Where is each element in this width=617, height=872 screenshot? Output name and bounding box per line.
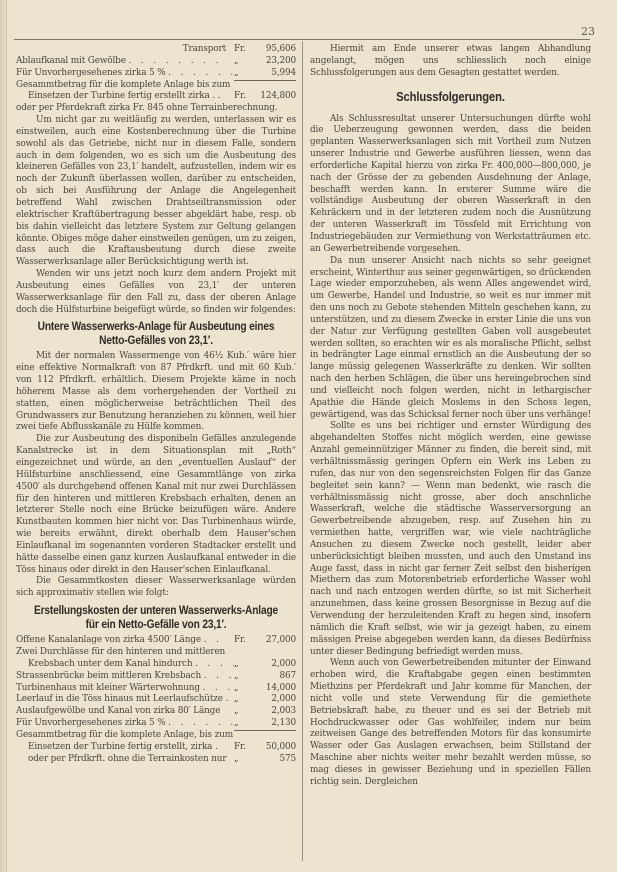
page-number: 23 [565, 25, 595, 38]
per-hp-label: oder per Pfrdkrft. ohne die Terrainkoste… [16, 754, 234, 766]
per-hp-amount: 575 [256, 754, 296, 766]
cost-label: Ablaufkanal mit Gewölbe . . . . . . . . [16, 56, 234, 68]
cost-row: Offene Kanalanlage von zirka 4500′ Länge… [16, 635, 296, 647]
cost-currency: „ [234, 706, 256, 718]
cost-label: Transport [16, 44, 234, 56]
cost-label: Leerlauf in die Töss hinaus mit Leerlauf… [16, 694, 234, 706]
total-currency: Fr. [234, 91, 256, 103]
paragraph: Um nicht gar zu weitläufig zu werden, un… [16, 115, 296, 269]
total-amount: 124,800 [256, 91, 296, 103]
cost-row: Auslaufgewölbe und Kanal von zirka 80′ L… [16, 706, 296, 718]
total-row: Einsetzen der Turbine fertig erstellt zi… [16, 91, 296, 103]
cost-currency: Fr. [234, 635, 256, 647]
cost-label: Für Unvorhergesehenes zirka 5 % . . . . … [16, 718, 234, 730]
cost-label: Zwei Durchlässe für den hinteren und mit… [16, 647, 234, 659]
per-hp-line: oder per Pferdekraft zirka Fr. 845 ohne … [16, 103, 296, 115]
right-column: Hiermit am Ende unserer etwas langen Abh… [310, 44, 591, 789]
total-label: Einsetzen der Turbine fertig erstellt zi… [16, 91, 234, 103]
cost-row: Ablaufkanal mit Gewölbe . . . . . . . . … [16, 56, 296, 68]
cost-amount: 2,130 [256, 718, 296, 731]
cost-row: Für Unvorhergesehenes zirka 5 % . . . . … [16, 68, 296, 80]
cost-currency: „ [234, 671, 256, 683]
heading-line: für ein Netto-Gefälle von 23,1′. [33, 618, 279, 632]
cost-currency: „ [234, 68, 256, 81]
left-column: Transport Fr. 95,606 Ablaufkanal mit Gew… [16, 44, 296, 765]
column-divider [302, 41, 303, 861]
section-heading: Erstellungskosten der unteren Wasserwerk… [33, 604, 279, 632]
cost-row: Leerlauf in die Töss hinaus mit Leerlauf… [16, 694, 296, 706]
per-hp-currency: „ [234, 754, 256, 766]
total-currency: Fr. [234, 742, 256, 754]
cost-row: Zwei Durchlässe für den hinteren und mit… [16, 647, 296, 659]
cost-currency: „ [234, 694, 256, 706]
cost-currency: „ [234, 659, 256, 671]
cost-label: Auslaufgewölbe und Kanal von zirka 80′ L… [16, 706, 234, 718]
cost-currency: Fr. [234, 44, 256, 56]
cost-amount: 5,994 [256, 68, 296, 81]
cost-label: Turbinenhaus mit kleiner Wärterwohnung .… [16, 683, 234, 695]
cost-amount: 95,606 [256, 44, 296, 56]
total-amount: 50,000 [256, 742, 296, 754]
cost-amount: 2,003 [256, 706, 296, 718]
cost-amount: 2,000 [256, 659, 296, 671]
paragraph: Wenn auch von Gewerbetreibenden mitunter… [310, 658, 591, 788]
cost-row: Krebsbach unter dem Kanal hindurch . . .… [16, 659, 296, 671]
total-line: Gesammtbetrag für die komplete Anlage bi… [16, 80, 296, 92]
cost-currency: „ [234, 718, 256, 731]
cost-label: Für Unvorhergesehenes zirka 5 % . . . . … [16, 68, 234, 80]
cost-currency: „ [234, 56, 256, 68]
section-title: Schlussfolgerungen. [324, 90, 577, 105]
paragraph: Da nun unserer Ansicht nach nichts so se… [310, 256, 591, 422]
heading-line: Erstellungskosten der unteren Wasserwerk… [33, 604, 279, 618]
paragraph-intro: Hiermit am Ende unserer etwas langen Abh… [310, 44, 591, 80]
heading-line: Untere Wasserwerks-Anlage für Ausbeutung… [33, 320, 279, 334]
cost-amount: 2,000 [256, 694, 296, 706]
section-heading: Untere Wasserwerks-Anlage für Ausbeutung… [33, 320, 279, 348]
cost-label: Strassenbrücke beim mittleren Krebsbach … [16, 671, 234, 683]
total-label: Einsetzen der Turbine fertig erstellt, z… [16, 742, 234, 754]
cost-currency: „ [234, 683, 256, 695]
paragraph: Als Schlussresultat unserer Untersuchung… [310, 114, 591, 256]
cost-amount: 867 [256, 671, 296, 683]
cost-row: Für Unvorhergesehenes zirka 5 % . . . . … [16, 718, 296, 730]
cost-label: Krebsbach unter dem Kanal hindurch . . .… [16, 659, 234, 671]
heading-line: Netto-Gefälles von 23,1′. [33, 334, 279, 348]
cost-row: Strassenbrücke beim mittleren Krebsbach … [16, 671, 296, 683]
cost-amount: 14,000 [256, 683, 296, 695]
cost-row-transport: Transport Fr. 95,606 [16, 44, 296, 56]
paragraph: Die zur Ausbeutung des disponibeln Gefäl… [16, 434, 296, 576]
total-line: Gesammtbetrag für die komplete Anlage, b… [16, 730, 296, 742]
paragraph: Mit der normalen Wassermenge von 46½ Kub… [16, 351, 296, 434]
paragraph: Wenden wir uns jetzt noch kurz dem ander… [16, 269, 296, 316]
cost-row: Turbinenhaus mit kleiner Wärterwohnung .… [16, 683, 296, 695]
cost-amount: 27,000 [256, 635, 296, 647]
cost-label: Offene Kanalanlage von zirka 4500′ Länge… [16, 635, 234, 647]
paragraph: Die Gesammtkosten dieser Wasserwerksanla… [16, 576, 296, 600]
page-binding-edge [0, 0, 7, 872]
header-rule [14, 39, 590, 40]
paragraph: Sollte es uns bei richtiger und ernster … [310, 421, 591, 658]
per-hp-row: oder per Pfrdkrft. ohne die Terrainkoste… [16, 754, 296, 766]
total-row: Einsetzen der Turbine fertig erstellt, z… [16, 742, 296, 754]
cost-amount: 23,200 [256, 56, 296, 68]
